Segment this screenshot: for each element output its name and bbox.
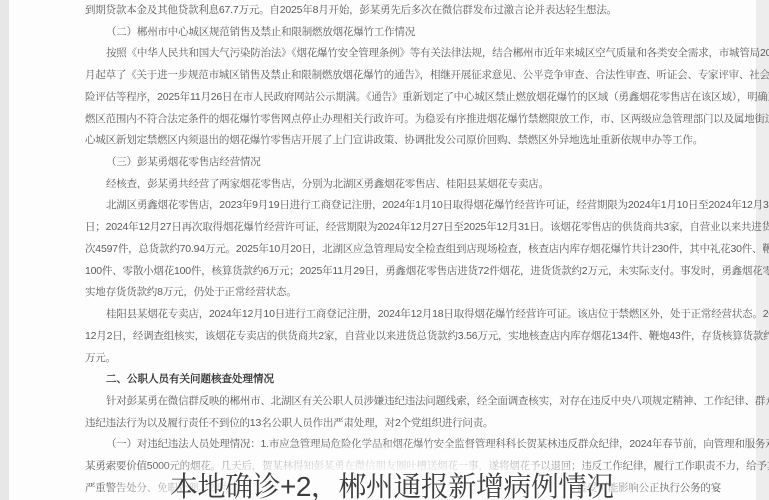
text-line: 险评估等程序，2025年11月26日在市人民政府网站公示期满。《通告》重新划定了…	[85, 87, 721, 109]
text-line: 按照《中华人民共和国大气污染防治法》《烟花爆竹安全管理条例》等有关法律法规，结合…	[85, 43, 721, 65]
text-line: 月起草了《关于进一步规范市城区销售及禁止和限制燃放烟花爆竹的通告》，相继开展征求…	[85, 65, 721, 87]
text-line: 实地存货货款约8万元，仍处于正常经营状态。	[85, 282, 721, 304]
text-line: 桂阳县某烟花专卖店，2024年12月10日进行工商登记注册，2024年12月18…	[85, 304, 721, 326]
text-line: 到期贷款本金及其他贷款利息67.7万元。自2025年8月开始，彭某勇先后多次在微…	[85, 0, 721, 22]
article-page: 到期贷款本金及其他贷款利息67.7万元。自2025年8月开始，彭某勇先后多次在微…	[0, 0, 769, 500]
text-line: 违纪违法行为以及履行责任不到位的13名公职人员作出严肃处理，对2个党组织进行问责…	[85, 413, 721, 435]
video-caption-overlay: 本地确诊+2，郴州通报新增病例情况	[170, 472, 613, 500]
text-line: 万元。	[85, 348, 721, 370]
left-edge-strip	[0, 0, 9, 500]
article-text: 到期贷款本金及其他贷款利息67.7万元。自2025年8月开始，彭某勇先后多次在微…	[85, 0, 721, 500]
text-line: 次4597件，总货款约70.94万元。2025年10月20日，北湖区应急管理局安…	[85, 239, 721, 261]
section-heading: （三）彭某勇烟花零售店经营情况	[85, 152, 721, 174]
text-line: 燃区范围内不符合法定条件的烟花爆竹零售网点停止办理相关行政许可。为稳妥有序推进烟…	[85, 109, 721, 131]
text-line: （一）对违纪违法人员处理情况：1.市应急管理局危险化学品和烟花爆竹安全监督管理科…	[85, 434, 721, 456]
text-line: 日；2024年12月27日再次取得烟花爆竹经营许可证，经营期限为2024年12月…	[85, 217, 721, 239]
text-line: 12月2日，经调查组核实，该烟花专卖店的供货商共2家，自营业以来进货总货款约3.…	[85, 326, 721, 348]
text-line: 北湖区勇鑫烟花零售店，2023年9月19日进行工商登记注册，2024年1月10日…	[85, 195, 721, 217]
text-line: 心城区新划定禁燃区内须退出的烟花爆竹零售店开展了上门宣讲政策、协调批发公司原价回…	[85, 130, 721, 152]
text-line: 100件、零散小烟花100件，核算货款约6万元；2025年11月29日，勇鑫烟花…	[85, 261, 721, 283]
section-heading-bold: 二、公职人员有关问题核查处理情况	[85, 369, 721, 391]
text-line: 针对彭某勇在微信群反映的郴州市、北湖区有关公职人员涉嫌违纪违法问题线索，经全面调…	[85, 391, 721, 413]
text-line: 经核查，彭某勇共经营了两家烟花零售店，分别为北湖区勇鑫烟花零售店、桂阳县某烟花专…	[85, 174, 721, 196]
section-heading: （二）郴州市中心城区规范销售及禁止和限制燃放烟花爆竹工作情况	[85, 22, 721, 44]
